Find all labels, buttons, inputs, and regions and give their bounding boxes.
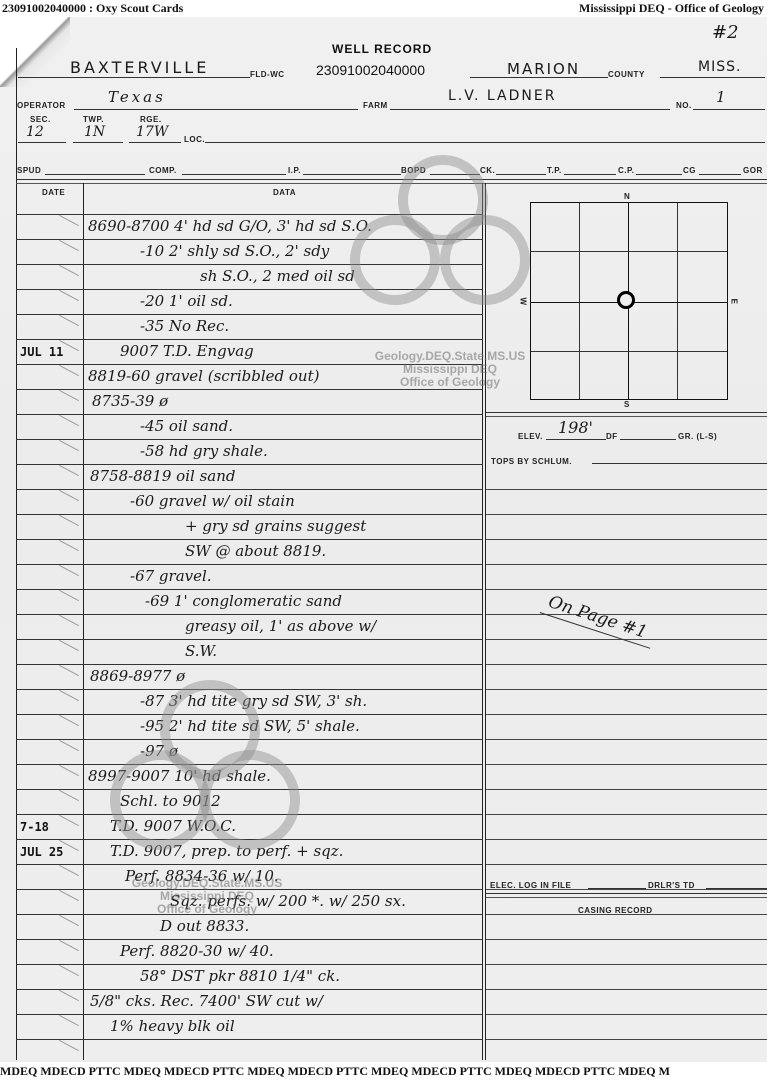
- spud-label: SPUD: [17, 166, 41, 175]
- twp-underline: [73, 142, 123, 143]
- tops-label: TOPS BY SCHLUM.: [491, 457, 572, 466]
- sec-value: 12: [26, 124, 44, 140]
- watermark-logo-circle: [440, 215, 530, 305]
- ruled-line: [16, 664, 483, 665]
- df-underline: [620, 439, 676, 440]
- entry-text: -67 gravel.: [130, 567, 212, 585]
- ruled-line: [486, 589, 767, 590]
- ruled-line: [486, 614, 767, 615]
- watermark-logo-circle: [110, 750, 210, 850]
- entry-text: -60 gravel w/ oil stain: [130, 492, 295, 510]
- ruled-line: [486, 539, 767, 540]
- entry-text: SW @ about 8819.: [185, 542, 326, 560]
- map-east: E: [729, 299, 738, 305]
- rge-underline: [129, 142, 181, 143]
- page-mark: #2: [712, 22, 739, 43]
- elev-underline: [546, 439, 606, 440]
- tp-label: T.P.: [547, 166, 562, 175]
- ruled-line: [16, 589, 483, 590]
- form-title: WELL RECORD: [332, 42, 432, 56]
- ruled-line: [16, 539, 483, 540]
- ruled-line: [486, 564, 767, 565]
- rge-label: RGE.: [140, 115, 162, 124]
- entry-text: -35 No Rec.: [140, 317, 229, 335]
- well-location-marker: [617, 291, 635, 309]
- ip-underline: [303, 174, 401, 175]
- ruled-line: [16, 939, 483, 940]
- ck-underline: [496, 174, 546, 175]
- twp-value: 1N: [84, 124, 105, 140]
- gor-label: GOR: [743, 166, 763, 175]
- ruled-line: [16, 639, 483, 640]
- entry-date: 7-18: [20, 820, 49, 834]
- elev-label: ELEV.: [518, 432, 543, 441]
- farm-label: FARM: [363, 101, 388, 110]
- elec-log-label: ELEC. LOG IN FILE: [490, 881, 571, 890]
- county-name: MARION: [507, 60, 580, 78]
- watermark-text: Geology.DEQ.State.MS.USMississippi DEQOf…: [355, 350, 545, 389]
- spud-underline: [45, 174, 145, 175]
- ruled-line: [16, 414, 483, 415]
- ruled-line: [486, 864, 767, 865]
- sec-underline: [18, 142, 66, 143]
- ruled-line: [486, 664, 767, 665]
- field-underline: [18, 77, 250, 78]
- cg-underline: [699, 174, 741, 175]
- left-border: [16, 48, 17, 1060]
- api-number: 23091002040000: [316, 62, 425, 78]
- loc-label: LOC.: [184, 135, 205, 144]
- ruled-line: [16, 964, 483, 965]
- ip-label: I.P.: [288, 166, 301, 175]
- entry-text: sh S.O., 2 med oil sd: [200, 267, 355, 285]
- cp-label: C.P.: [618, 166, 635, 175]
- ruled-line: [486, 764, 767, 765]
- operator-label: OPERATOR: [17, 101, 66, 110]
- location-map: [530, 202, 728, 400]
- county-underline: [470, 77, 608, 78]
- ruled-line: [486, 814, 767, 815]
- operator-value: Texas: [108, 88, 166, 106]
- farm-value: L.V. LADNER: [448, 88, 556, 104]
- field-name: BAXTERVILLE: [70, 58, 209, 77]
- footer-banner: MDEQ MDECD PTTC MDEQ MDECD PTTC MDEQ MDE…: [0, 1062, 767, 1081]
- entry-text: greasy oil, 1' as above w/: [185, 617, 376, 635]
- ruled-line: [16, 339, 483, 340]
- ruled-line: [16, 614, 483, 615]
- map-bottom-rule: [486, 412, 767, 417]
- elec-log-underline: [588, 888, 646, 889]
- ruled-line: [486, 514, 767, 515]
- drlr-td-label: DRLR'S TD: [648, 881, 695, 890]
- entry-text: Perf. 8820-30 w/ 40.: [120, 942, 274, 960]
- ruled-line: [16, 489, 483, 490]
- elev-value: 198': [558, 418, 593, 437]
- entry-text: 8690-8700 4' hd sd G/O, 3' hd sd S.O.: [88, 217, 372, 235]
- ruled-line: [486, 789, 767, 790]
- data-column-divider-2: [485, 183, 486, 1060]
- ruled-line: [486, 964, 767, 965]
- no-value: 1: [716, 88, 726, 106]
- tops-underline: [592, 463, 767, 464]
- map-south: S: [624, 400, 630, 409]
- entry-text: D out 8833.: [160, 917, 249, 935]
- map-north: N: [624, 192, 630, 201]
- ruled-line: [16, 439, 483, 440]
- entry-text: -10 2' shly sd S.O., 2' sdy: [140, 242, 329, 260]
- tp-underline: [564, 174, 616, 175]
- field-label: FLD-WC: [250, 70, 285, 79]
- entry-text: 8869-8977 ø: [90, 667, 185, 685]
- operator-underline: [74, 109, 358, 110]
- entry-text: -20 1' oil sd.: [140, 292, 233, 310]
- entry-date: JUL 25: [20, 845, 63, 859]
- loc-underline: [205, 142, 765, 143]
- ruled-line: [16, 314, 483, 315]
- ruled-line: [16, 564, 483, 565]
- ruled-line: [486, 489, 767, 490]
- casing-record-label: CASING RECORD: [578, 906, 653, 915]
- ruled-line: [486, 939, 767, 940]
- state-underline: [660, 77, 765, 78]
- watermark-text: Geology.DEQ.State.MS.USMississippi DEQOf…: [112, 877, 302, 916]
- map-west: W: [519, 297, 528, 305]
- ruled-line: [486, 714, 767, 715]
- ruled-line: [486, 1039, 767, 1040]
- watermark-logo-circle: [200, 750, 300, 850]
- watermark-logo-circle: [350, 215, 440, 305]
- agency-caption: Mississippi DEQ - Office of Geology: [579, 0, 764, 17]
- ruled-line: [486, 739, 767, 740]
- entry-text: + gry sd grains suggest: [185, 517, 366, 535]
- sec-label: SEC.: [30, 115, 51, 124]
- ruled-line: [16, 389, 483, 390]
- caption-bar: 23091002040000 : Oxy Scout Cards Mississ…: [0, 0, 767, 17]
- entry-text: 1% heavy blk oil: [110, 1017, 235, 1035]
- gr-label: GR. (L-S): [678, 432, 717, 441]
- entry-text: 9007 T.D. Engvag: [120, 342, 254, 360]
- twp-label: TWP.: [83, 115, 104, 124]
- entry-text: -45 oil sand.: [140, 417, 233, 435]
- ruled-line: [16, 1039, 483, 1040]
- ruled-line: [486, 1014, 767, 1015]
- entry-text: -69 1' conglomeratic sand: [145, 592, 342, 610]
- ruled-line: [486, 989, 767, 990]
- date-column-header: DATE: [42, 188, 65, 197]
- county-label: COUNTY: [608, 70, 645, 79]
- df-label: DF: [606, 432, 618, 441]
- record-caption: 23091002040000 : Oxy Scout Cards: [2, 0, 183, 17]
- ruled-line: [486, 839, 767, 840]
- state-name: MISS.: [698, 59, 741, 75]
- entry-text: 58° DST pkr 8810 1/4" ck.: [140, 967, 340, 985]
- ruled-line: [486, 689, 767, 690]
- entry-text: S.W.: [185, 642, 217, 660]
- entry-text: -58 hd gry shale.: [140, 442, 268, 460]
- cg-label: CG: [683, 166, 696, 175]
- table-top-rule: [16, 179, 767, 184]
- ck-label: CK.: [480, 166, 495, 175]
- entry-text: 8735-39 ø: [92, 392, 168, 410]
- ruled-line: [16, 689, 483, 690]
- ruled-line: [16, 464, 483, 465]
- ruled-line: [16, 864, 483, 865]
- entry-text: 8819-60 gravel (scribbled out): [88, 367, 319, 385]
- farm-underline: [390, 109, 670, 110]
- no-underline: [693, 109, 765, 110]
- entry-text: 8758-8819 oil sand: [90, 467, 235, 485]
- rge-value: 17W: [136, 124, 168, 140]
- comp-underline: [182, 174, 286, 175]
- drlr-td-underline: [706, 888, 767, 889]
- comp-label: COMP.: [149, 166, 177, 175]
- ruled-line: [16, 989, 483, 990]
- entry-text: 5/8" cks. Rec. 7400' SW cut w/: [90, 992, 323, 1010]
- cp-underline: [636, 174, 682, 175]
- data-column-header: DATA: [273, 188, 296, 197]
- ruled-line: [16, 1014, 483, 1015]
- ruled-line: [16, 514, 483, 515]
- casing-top-rule: [486, 893, 767, 898]
- no-label: NO.: [676, 101, 692, 110]
- entry-date: JUL 11: [20, 345, 63, 359]
